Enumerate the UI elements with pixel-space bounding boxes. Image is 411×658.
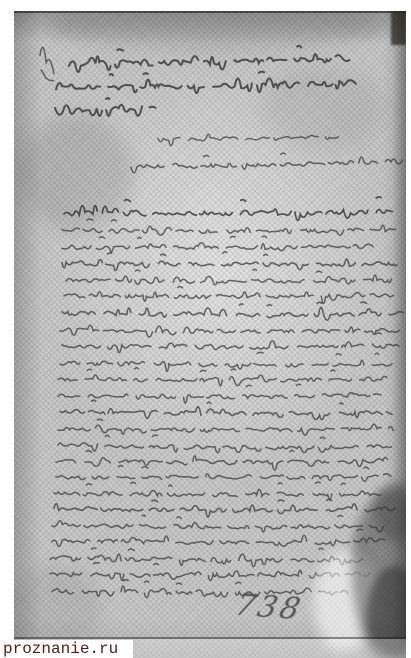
photo-top-edge	[14, 11, 406, 13]
manuscript-photo	[14, 11, 406, 658]
watermark-text: proznanie.ru	[0, 640, 118, 658]
folio-number: 738	[232, 588, 307, 627]
watermark-strip: proznanie.ru	[0, 640, 133, 658]
paper-smudge	[262, 66, 387, 151]
paper-smudge	[18, 116, 133, 231]
scan-page: 738 proznanie.ru	[0, 0, 411, 658]
